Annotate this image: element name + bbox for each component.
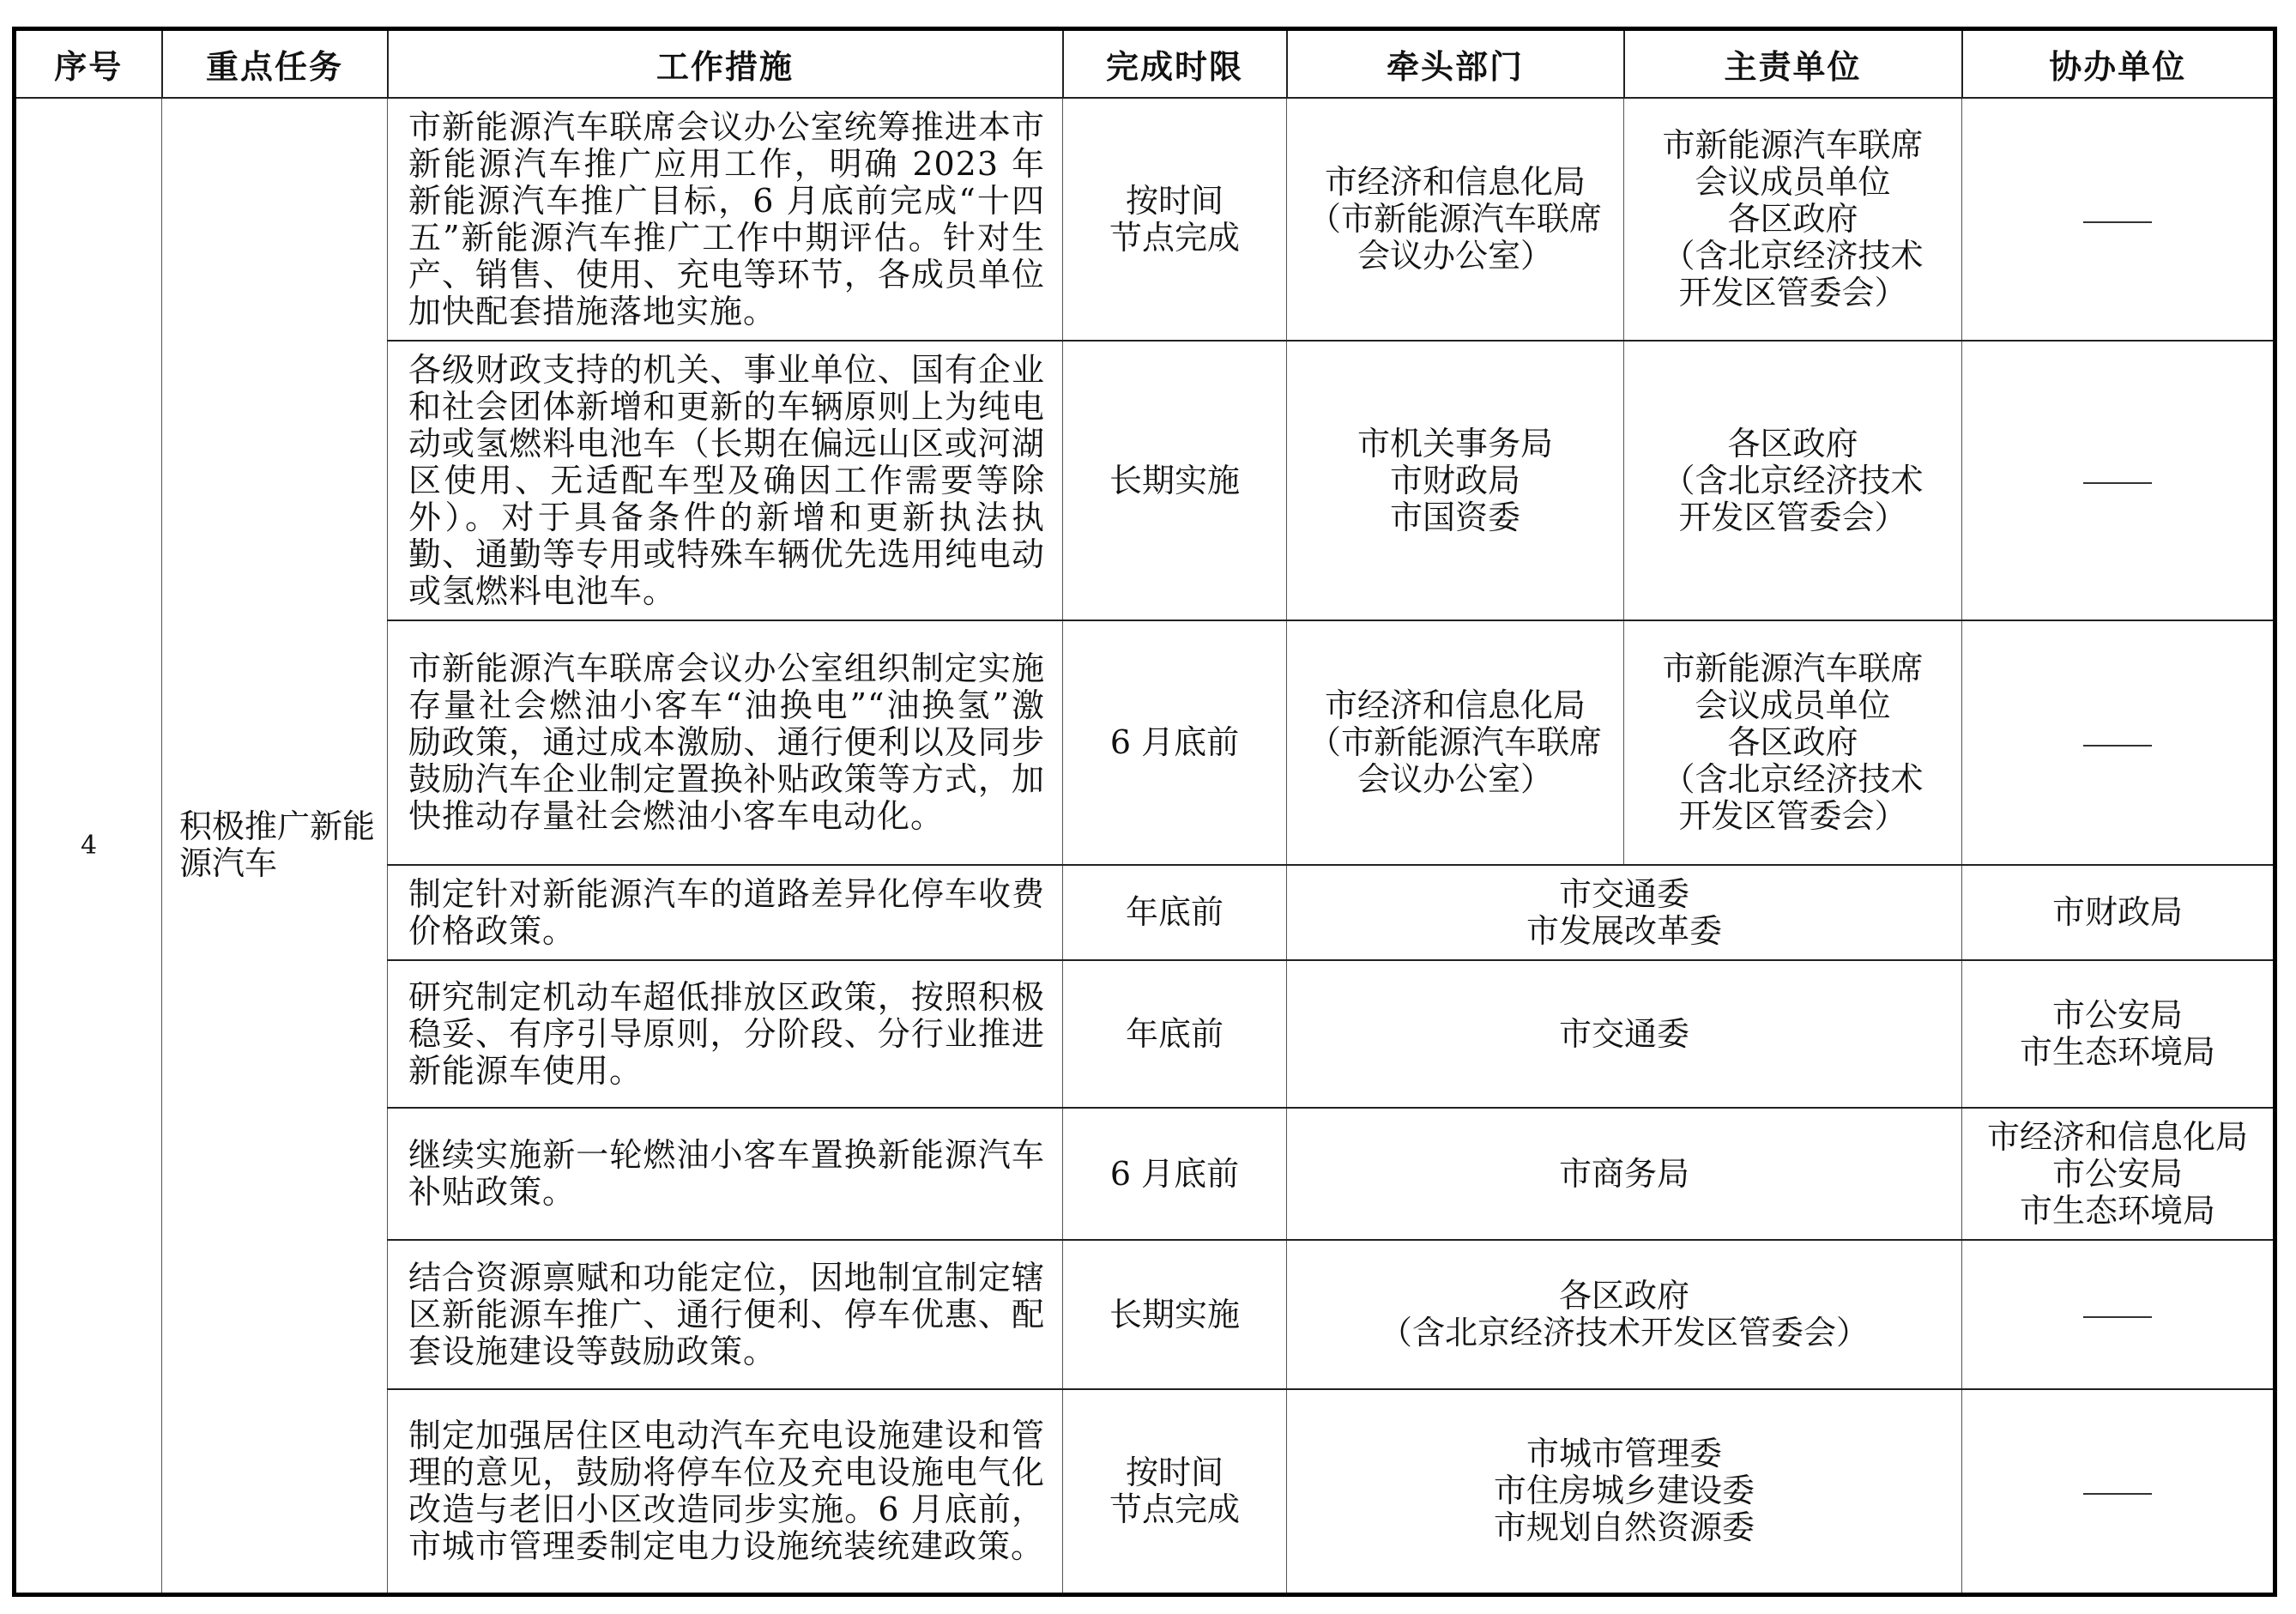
responsible-cell: 市新能源汽车联席 会议成员单位 各区政府 （含北京经济技术 开发区管委会） bbox=[1624, 98, 1962, 341]
measure-cell: 市新能源汽车联席会议办公室统筹推进本市新能源汽车推广应用工作，明确 2023 年… bbox=[388, 98, 1063, 341]
lead-line: 市规划自然资源委 bbox=[1287, 1509, 1961, 1546]
none-dash bbox=[2083, 1316, 2152, 1318]
lead-cell: 市机关事务局 市财政局 市国资委 bbox=[1287, 341, 1624, 620]
responsible-line: 开发区管委会） bbox=[1624, 798, 1961, 835]
responsible-line: 会议成员单位 bbox=[1624, 164, 1961, 201]
lead-responsible-cell: 市城市管理委 市住房城乡建设委 市规划自然资源委 bbox=[1287, 1389, 1962, 1594]
table-row: 4 积极推广新能源汽车 市新能源汽车联席会议办公室统筹推进本市新能源汽车推广应用… bbox=[15, 98, 2275, 341]
measure-cell: 各级财政支持的机关、事业单位、国有企业和社会团体新增和更新的车辆原则上为纯电动或… bbox=[388, 341, 1063, 620]
responsible-line: 开发区管委会） bbox=[1624, 275, 1961, 311]
lead-line: 市经济和信息化局 bbox=[1287, 687, 1623, 724]
assist-line: 市生态环境局 bbox=[1962, 1193, 2273, 1230]
header-row: 序号 重点任务 工作措施 完成时限 牵头部门 主责单位 协办单位 bbox=[15, 29, 2275, 99]
none-dash bbox=[2083, 482, 2152, 484]
lead-line: 市国资委 bbox=[1287, 499, 1623, 536]
deadline-cell: 年底前 bbox=[1063, 865, 1287, 960]
responsible-line: 各区政府 bbox=[1624, 201, 1961, 238]
lead-line: 会议办公室） bbox=[1287, 761, 1623, 798]
assist-cell bbox=[1962, 1240, 2275, 1389]
responsible-line: （含北京经济技术 bbox=[1624, 761, 1961, 798]
assist-line: 市生态环境局 bbox=[1962, 1034, 2273, 1071]
assist-cell: 市经济和信息化局 市公安局 市生态环境局 bbox=[1962, 1108, 2275, 1240]
deadline-cell: 长期实施 bbox=[1063, 341, 1287, 620]
deadline-cell: 6 月底前 bbox=[1063, 1108, 1287, 1240]
lead-responsible-cell: 市交通委 市发展改革委 bbox=[1287, 865, 1962, 960]
header-lead: 牵头部门 bbox=[1287, 29, 1624, 99]
lead-line: 市发展改革委 bbox=[1287, 913, 1961, 950]
deadline-cell: 按时间 节点完成 bbox=[1063, 98, 1287, 341]
responsible-line: （含北京经济技术 bbox=[1624, 238, 1961, 275]
lead-line: 市交通委 bbox=[1287, 876, 1961, 913]
lead-line: （含北京经济技术开发区管委会） bbox=[1287, 1315, 1961, 1351]
responsible-cell: 各区政府 （含北京经济技术 开发区管委会） bbox=[1624, 341, 1962, 620]
responsible-line: （含北京经济技术 bbox=[1624, 462, 1961, 499]
assist-line: 市经济和信息化局 bbox=[1962, 1119, 2273, 1156]
responsible-cell: 市新能源汽车联席 会议成员单位 各区政府 （含北京经济技术 开发区管委会） bbox=[1624, 620, 1962, 865]
assist-cell bbox=[1962, 620, 2275, 865]
deadline-line: 按时间 bbox=[1063, 183, 1286, 220]
responsible-line: 市新能源汽车联席 bbox=[1624, 127, 1961, 164]
responsible-line: 市新能源汽车联席 bbox=[1624, 650, 1961, 687]
lead-line: 会议办公室） bbox=[1287, 238, 1623, 275]
deadline-line: 节点完成 bbox=[1063, 220, 1286, 257]
deadline-cell: 6 月底前 bbox=[1063, 620, 1287, 865]
responsible-line: 开发区管委会） bbox=[1624, 499, 1961, 536]
responsible-line: 会议成员单位 bbox=[1624, 687, 1961, 724]
header-index: 序号 bbox=[15, 29, 162, 99]
deadline-cell: 按时间 节点完成 bbox=[1063, 1389, 1287, 1594]
none-dash bbox=[2083, 1493, 2152, 1495]
lead-cell: 市经济和信息化局 （市新能源汽车联席 会议办公室） bbox=[1287, 620, 1624, 865]
deadline-cell: 年底前 bbox=[1063, 960, 1287, 1108]
lead-responsible-cell: 市商务局 bbox=[1287, 1108, 1962, 1240]
row-index: 4 bbox=[15, 98, 162, 1594]
key-task: 积极推广新能源汽车 bbox=[162, 98, 388, 1594]
lead-line: 市城市管理委 bbox=[1287, 1436, 1961, 1472]
measure-cell: 市新能源汽车联席会议办公室组织制定实施存量社会燃油小客车“油换电”“油换氢”激励… bbox=[388, 620, 1063, 865]
assist-cell: 市公安局 市生态环境局 bbox=[1962, 960, 2275, 1108]
assist-cell: 市财政局 bbox=[1962, 865, 2275, 960]
task-table: 序号 重点任务 工作措施 完成时限 牵头部门 主责单位 协办单位 4 积极推广新… bbox=[12, 27, 2277, 1597]
header-measure: 工作措施 bbox=[388, 29, 1063, 99]
lead-line: 市财政局 bbox=[1287, 462, 1623, 499]
header-task: 重点任务 bbox=[162, 29, 388, 99]
deadline-cell: 长期实施 bbox=[1063, 1240, 1287, 1389]
assist-cell bbox=[1962, 98, 2275, 341]
assist-cell bbox=[1962, 1389, 2275, 1594]
measure-cell: 制定加强居住区电动汽车充电设施建设和管理的意见，鼓励将停车位及充电设施电气化改造… bbox=[388, 1389, 1063, 1594]
assist-cell bbox=[1962, 341, 2275, 620]
measure-cell: 继续实施新一轮燃油小客车置换新能源汽车补贴政策。 bbox=[388, 1108, 1063, 1240]
assist-line: 市公安局 bbox=[1962, 997, 2273, 1034]
responsible-line: 各区政府 bbox=[1624, 724, 1961, 761]
deadline-line: 节点完成 bbox=[1063, 1491, 1286, 1528]
measure-cell: 研究制定机动车超低排放区政策，按照积极稳妥、有序引导原则，分阶段、分行业推进新能… bbox=[388, 960, 1063, 1108]
lead-line: （市新能源汽车联席 bbox=[1287, 201, 1623, 238]
measure-cell: 结合资源禀赋和功能定位，因地制宜制定辖区新能源车推广、通行便利、停车优惠、配套设… bbox=[388, 1240, 1063, 1389]
header-deadline: 完成时限 bbox=[1063, 29, 1287, 99]
lead-cell: 市经济和信息化局 （市新能源汽车联席 会议办公室） bbox=[1287, 98, 1624, 341]
lead-line: 市经济和信息化局 bbox=[1287, 164, 1623, 201]
lead-line: 各区政府 bbox=[1287, 1278, 1961, 1315]
deadline-line: 按时间 bbox=[1063, 1454, 1286, 1491]
header-assist: 协办单位 bbox=[1962, 29, 2275, 99]
assist-line: 市公安局 bbox=[1962, 1156, 2273, 1193]
lead-responsible-cell: 市交通委 bbox=[1287, 960, 1962, 1108]
header-responsible: 主责单位 bbox=[1624, 29, 1962, 99]
lead-line: 市机关事务局 bbox=[1287, 426, 1623, 462]
measure-cell: 制定针对新能源汽车的道路差异化停车收费价格政策。 bbox=[388, 865, 1063, 960]
lead-responsible-cell: 各区政府 （含北京经济技术开发区管委会） bbox=[1287, 1240, 1962, 1389]
lead-line: （市新能源汽车联席 bbox=[1287, 724, 1623, 761]
responsible-line: 各区政府 bbox=[1624, 426, 1961, 462]
none-dash bbox=[2083, 221, 2152, 223]
none-dash bbox=[2083, 745, 2152, 747]
lead-line: 市住房城乡建设委 bbox=[1287, 1472, 1961, 1509]
